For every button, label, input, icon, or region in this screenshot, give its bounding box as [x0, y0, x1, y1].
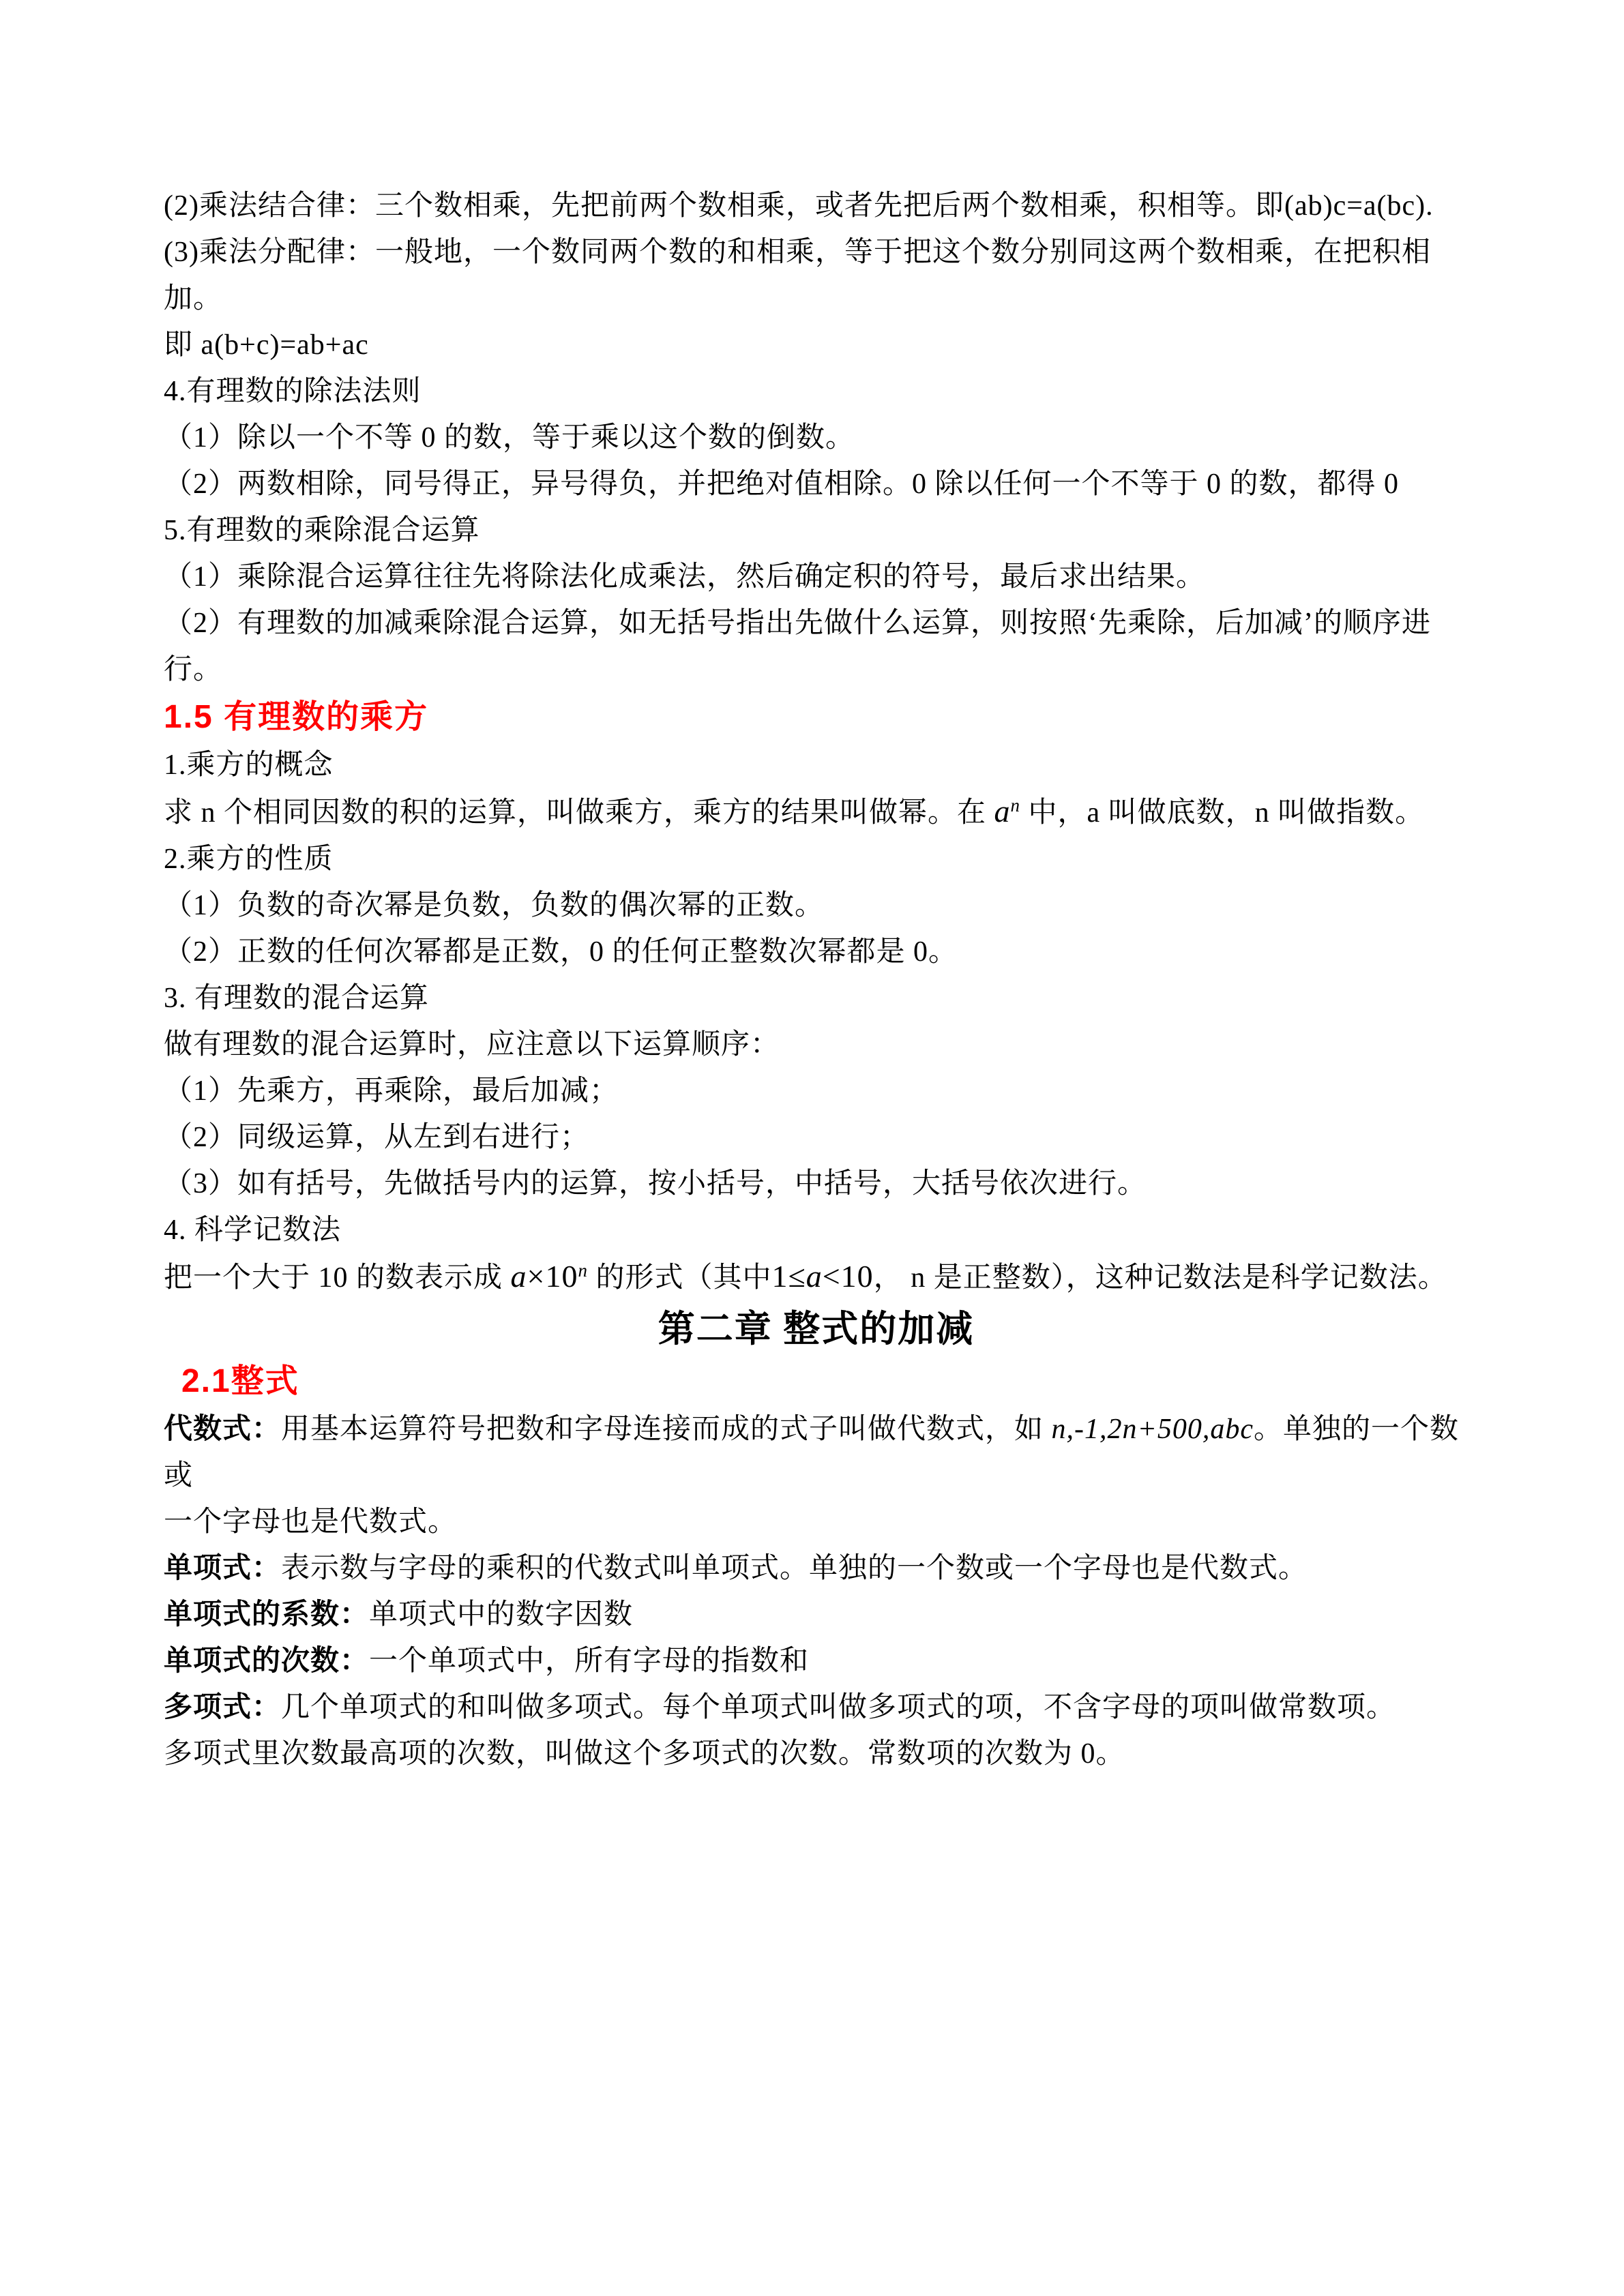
algebraic-expression-examples: n,-1,2n+500,abc	[1052, 1414, 1254, 1445]
para-mixed-operations-rule-2: （2）同级运算，从左到右进行；	[164, 1114, 1468, 1161]
sci-not-exponent-symbol: n	[578, 1260, 588, 1281]
para-mixed-operations-intro: 做有理数的混合运算时，应注意以下运算顺序：	[164, 1022, 1468, 1068]
para-division-rule-2: （2）两数相除，同号得正，异号得负，并把绝对值相除。0 除以任何一个不等于 0 …	[164, 461, 1468, 507]
para-scientific-notation-title: 4. 科学记数法	[164, 1207, 1468, 1253]
sci-not-coefficient-symbol: a	[511, 1259, 527, 1294]
para-scientific-notation-definition: 把一个大于 10 的数表示成 a×10n 的形式（其中1≤a<10， n 是正整…	[164, 1253, 1468, 1301]
algebraic-expression-term: 代数式：	[164, 1414, 281, 1445]
chapter-2-heading: 第二章 整式的加减	[164, 1301, 1468, 1357]
para-algebraic-expression-def-cont: 一个字母也是代数式。	[164, 1499, 1468, 1545]
para-mixed-mul-div-title: 5.有理数的乘除混合运算	[164, 507, 1468, 554]
power-exponent-symbol: n	[1011, 795, 1021, 816]
power-base-symbol: a	[994, 794, 1011, 829]
monomial-coefficient-term: 单项式的系数：	[164, 1599, 369, 1630]
para-distributive-formula: 即 a(b+c)=ab+ac	[164, 322, 1468, 368]
para-power-properties-title: 2.乘方的性质	[164, 836, 1468, 882]
heading-section-2-1: 2.1整式	[164, 1357, 1468, 1406]
para-algebraic-expression-def: 代数式：用基本运算符号把数和字母连接而成的式子叫做代数式，如 n,-1,2n+5…	[164, 1406, 1468, 1499]
para-monomial-def: 单项式：表示数与字母的乘积的代数式叫单项式。单独的一个数或一个字母也是代数式。	[164, 1545, 1468, 1592]
para-mixed-operations-rule-3: （3）如有括号，先做括号内的运算，按小括号，中括号，大括号依次进行。	[164, 1161, 1468, 1207]
para-polynomial-def: 多项式：几个单项式的和叫做多项式。每个单项式叫做多项式的项，不含字母的项叫做常数…	[164, 1684, 1468, 1731]
power-def-text-1: 求 n 个相同因数的积的运算，叫做乘方，乘方的结果叫做幂。在	[164, 797, 994, 829]
polynomial-term: 多项式：	[164, 1692, 281, 1723]
para-mixed-operations-title: 3. 有理数的混合运算	[164, 975, 1468, 1022]
sci-not-text-2: 的形式（其中	[588, 1262, 772, 1294]
para-power-property-1: （1）负数的奇次幂是负数，负数的偶次幂的正数。	[164, 882, 1468, 929]
para-division-rule-1: （1）除以一个不等 0 的数，等于乘以这个数的倒数。	[164, 415, 1468, 461]
para-power-concept-title: 1.乘方的概念	[164, 742, 1468, 788]
sci-not-times-ten: ×10	[527, 1259, 578, 1294]
para-monomial-coefficient-def: 单项式的系数：单项式中的数字因数	[164, 1592, 1468, 1638]
para-multiplication-distributive-law: (3)乘法分配律：一般地，一个数同两个数的和相乘，等于把这个数分别同这两个数相乘…	[164, 229, 1468, 322]
para-division-rules-title: 4.有理数的除法法则	[164, 368, 1468, 415]
sci-not-upper-bound: <10	[823, 1259, 874, 1294]
sci-not-lower-bound: 1≤	[771, 1259, 806, 1294]
sci-not-text-1: 把一个大于 10 的数表示成	[164, 1262, 511, 1294]
sci-not-text-3: ， n 是正整数），这种记数法是科学记数法。	[874, 1262, 1447, 1294]
para-power-property-2: （2）正数的任何次幂都是正数，0 的任何正整数次幂都是 0。	[164, 929, 1468, 975]
para-mixed-mul-div-rule-2: （2）有理数的加减乘除混合运算，如无括号指出先做什么运算，则按照‘先乘除，后加减…	[164, 600, 1468, 646]
para-monomial-degree-def: 单项式的次数：一个单项式中，所有字母的指数和	[164, 1638, 1468, 1684]
monomial-degree-term: 单项式的次数：	[164, 1645, 369, 1677]
polynomial-text: 几个单项式的和叫做多项式。每个单项式叫做多项式的项，不含字母的项叫做常数项。	[281, 1692, 1396, 1723]
power-def-text-2: 中，a 叫做底数，n 叫做指数。	[1020, 797, 1424, 829]
algebraic-expression-text: 用基本运算符号把数和字母连接而成的式子叫做代数式，如	[281, 1414, 1052, 1445]
para-multiplication-associative-law: (2)乘法结合律：三个数相乘，先把前两个数相乘，或者先把后两个数相乘，积相等。即…	[164, 183, 1468, 229]
para-mixed-mul-div-rule-1: （1）乘除混合运算往往先将除法化成乘法，然后确定积的符号，最后求出结果。	[164, 554, 1468, 600]
heading-section-1-5: 1.5 有理数的乘方	[164, 693, 1468, 742]
monomial-degree-text: 一个单项式中，所有字母的指数和	[369, 1645, 809, 1677]
para-mixed-operations-rule-1: （1）先乘方，再乘除，最后加减；	[164, 1068, 1468, 1114]
sci-not-a-symbol: a	[806, 1259, 823, 1294]
monomial-term: 单项式：	[164, 1553, 281, 1584]
document-page: (2)乘法结合律：三个数相乘，先把前两个数相乘，或者先把后两个数相乘，积相等。即…	[0, 0, 1624, 2296]
para-polynomial-degree-def: 多项式里次数最高项的次数，叫做这个多项式的次数。常数项的次数为 0。	[164, 1731, 1468, 1777]
monomial-coefficient-text: 单项式中的数字因数	[369, 1599, 633, 1630]
para-power-definition: 求 n 个相同因数的积的运算，叫做乘方，乘方的结果叫做幂。在 an 中，a 叫做…	[164, 788, 1468, 836]
monomial-text: 表示数与字母的乘积的代数式叫单项式。单独的一个数或一个字母也是代数式。	[281, 1553, 1308, 1584]
para-mixed-mul-div-rule-2-cont: 行。	[164, 646, 1468, 693]
